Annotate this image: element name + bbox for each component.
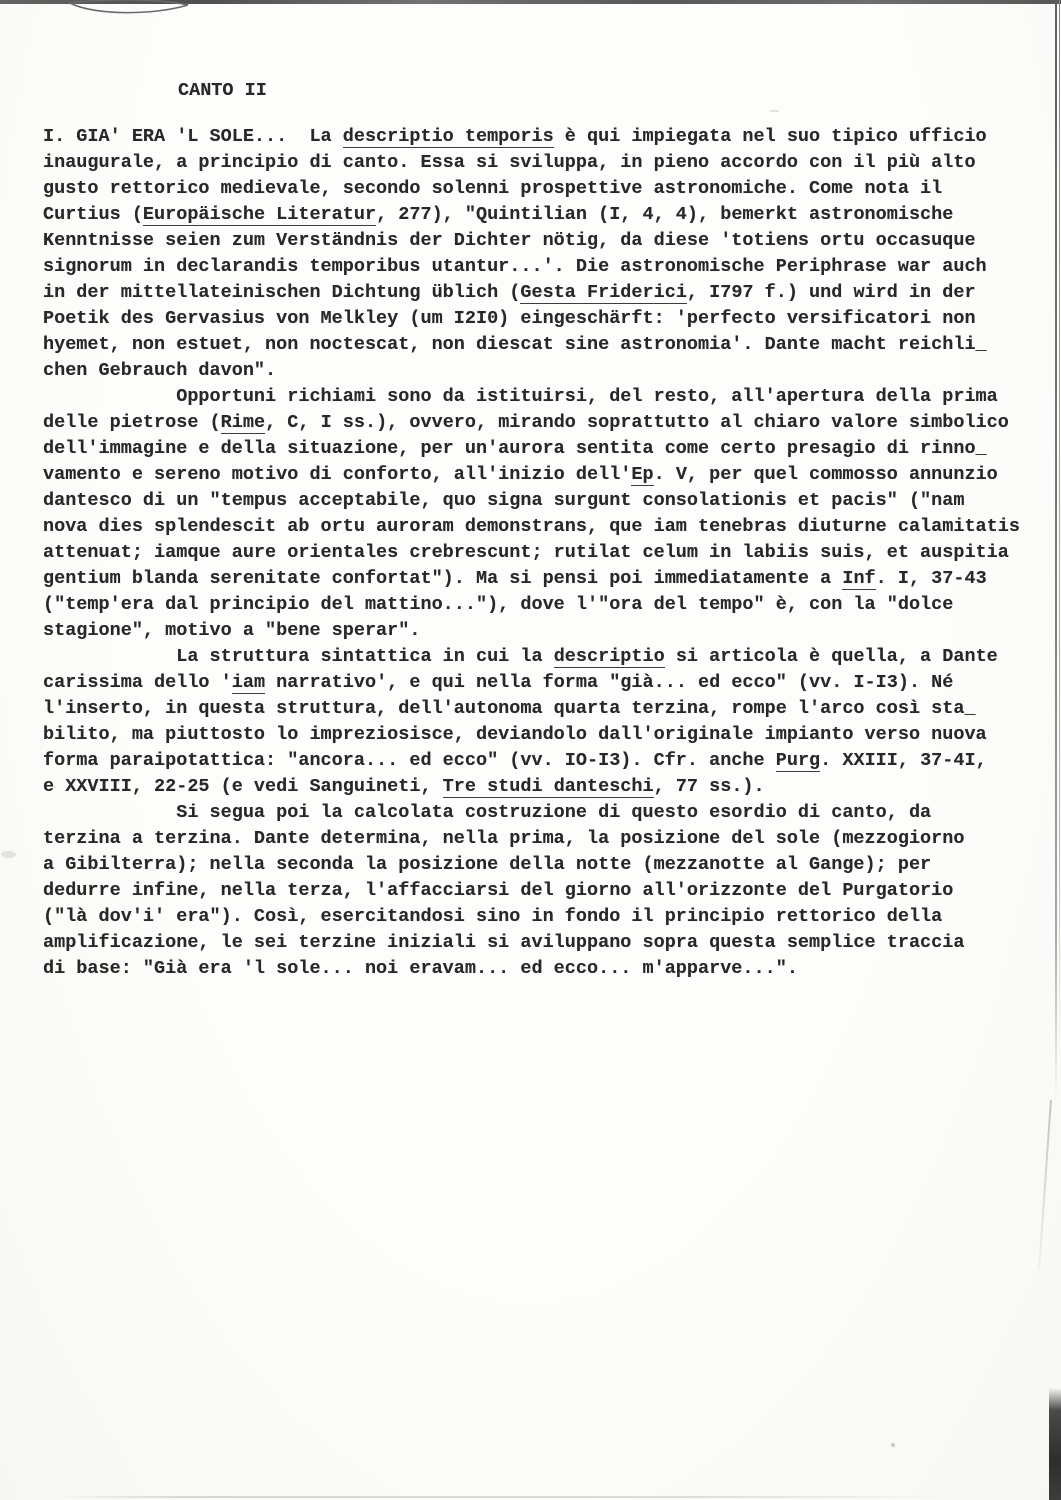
text-segment: dantesco di un "tempus acceptabile, quo …: [43, 490, 964, 511]
text-segment: stagione", motivo a "bene sperar".: [43, 620, 420, 641]
text-line: hyemet, non estuet, non noctescat, non d…: [43, 332, 1043, 358]
text-segment: I. GIA' ERA 'L SOLE... La: [43, 126, 343, 147]
text-segment: . XXIII, 37-4I,: [820, 750, 987, 771]
typewritten-page: CANTO II I. GIA' ERA 'L SOLE... La descr…: [0, 0, 1061, 1500]
text-segment: carissima dello ': [43, 672, 232, 693]
text-line: gentium blanda serenitate confortat"). M…: [43, 566, 1043, 592]
text-segment: Curtius (: [43, 204, 143, 225]
text-segment: Poetik des Gervasius von Melkley (um I2I…: [43, 308, 976, 329]
underlined-phrase: Rime: [221, 412, 265, 434]
body-text: I. GIA' ERA 'L SOLE... La descriptio tem…: [43, 124, 1043, 982]
text-line: gusto rettorico medievale, secondo solen…: [43, 176, 1043, 202]
text-line: terzina a terzina. Dante determina, nell…: [43, 826, 1043, 852]
text-segment: a Gibilterra); nella seconda la posizion…: [43, 854, 931, 875]
text-line: amplificazione, le sei terzine iniziali …: [43, 930, 1043, 956]
text-line: I. GIA' ERA 'L SOLE... La descriptio tem…: [43, 124, 1043, 150]
underlined-phrase: Gesta Friderici: [520, 282, 687, 304]
text-segment: nova dies splendescit ab ortu auroram de…: [43, 516, 1020, 537]
underlined-phrase: Tre studi danteschi: [443, 776, 654, 798]
text-line: inaugurale, a principio di canto. Essa s…: [43, 150, 1043, 176]
text-line: nova dies splendescit ab ortu auroram de…: [43, 514, 1043, 540]
paragraph: Opportuni richiami sono da istituirsi, d…: [43, 384, 1043, 644]
text-segment: La struttura sintattica in cui la: [43, 646, 554, 667]
text-line: Opportuni richiami sono da istituirsi, d…: [43, 384, 1043, 410]
text-line: chen Gebrauch davon".: [43, 358, 1043, 384]
underlined-phrase: descriptio temporis: [343, 126, 554, 148]
underlined-phrase: Ep: [631, 464, 653, 486]
text-line: Kenntnisse seien zum Verständnis der Dic…: [43, 228, 1043, 254]
text-segment: gusto rettorico medievale, secondo solen…: [43, 178, 942, 199]
scan-speck: [770, 110, 779, 112]
text-line: bilito, ma piuttosto lo impreziosisce, d…: [43, 722, 1043, 748]
text-segment: forma paraipotattica: "ancora... ed ecco…: [43, 750, 776, 771]
scan-edge-right: [1055, 0, 1057, 1100]
text-segment: , 277), "Quintilian (I, 4, 4), bemerkt a…: [376, 204, 953, 225]
text-segment: l'inserto, in questa struttura, dell'aut…: [43, 698, 976, 719]
text-segment: , 77 ss.).: [654, 776, 765, 797]
text-line: in der mittellateinischen Dichtung üblic…: [43, 280, 1043, 306]
text-segment: di base: "Già era 'l sole... noi eravam.…: [43, 958, 798, 979]
scan-smudge: [1, 851, 16, 858]
text-line: ("temp'era dal principio del mattino..."…: [43, 592, 1043, 618]
text-line: attenuat; iamque aure orientales crebres…: [43, 540, 1043, 566]
text-line: l'inserto, in questa struttura, dell'aut…: [43, 696, 1043, 722]
text-segment: inaugurale, a principio di canto. Essa s…: [43, 152, 976, 173]
text-segment: ("là dov'i' era"). Così, esercitandosi s…: [43, 906, 942, 927]
text-segment: amplificazione, le sei terzine iniziali …: [43, 932, 964, 953]
underlined-phrase: Inf: [842, 568, 875, 590]
text-line: a Gibilterra); nella seconda la posizion…: [43, 852, 1043, 878]
text-segment: ("temp'era dal principio del mattino..."…: [43, 594, 953, 615]
scan-speck: [891, 1443, 895, 1447]
text-line: carissima dello 'iam narrativo', e qui n…: [43, 670, 1043, 696]
text-line: La struttura sintattica in cui la descri…: [43, 644, 1043, 670]
text-line: delle pietrose (Rime, C, I ss.), ovvero,…: [43, 410, 1043, 436]
paragraph: I. GIA' ERA 'L SOLE... La descriptio tem…: [43, 124, 1043, 384]
text-segment: Opportuni richiami sono da istituirsi, d…: [43, 386, 998, 407]
text-segment: signorum in declarandis temporibus utant…: [43, 256, 987, 277]
paragraph: La struttura sintattica in cui la descri…: [43, 644, 1043, 800]
text-line: dell'immagine e della situazione, per un…: [43, 436, 1043, 462]
scan-edge-bottom: [55, 1496, 955, 1498]
scan-edge-right-curve: [1038, 1100, 1052, 1270]
text-segment: si articola è quella, a Dante: [665, 646, 998, 667]
text-segment: . I, 37-43: [876, 568, 987, 589]
text-line: ("là dov'i' era"). Così, esercitandosi s…: [43, 904, 1043, 930]
underlined-phrase: iam: [232, 672, 265, 694]
scan-edge-right-hairline: [1059, 0, 1060, 1050]
text-segment: terzina a terzina. Dante determina, nell…: [43, 828, 964, 849]
scan-loop-mark: [60, 0, 220, 30]
text-line: vamento e sereno motivo di conforto, all…: [43, 462, 1043, 488]
text-segment: , I797 f.) und wird in der: [687, 282, 976, 303]
underlined-phrase: Europäische Literatur: [143, 204, 376, 226]
text-segment: . V, per quel commosso annunzio: [654, 464, 998, 485]
text-line: signorum in declarandis temporibus utant…: [43, 254, 1043, 280]
text-segment: e XXVIII, 22-25 (e vedi Sanguineti,: [43, 776, 443, 797]
text-segment: Si segua poi la calcolata costruzione di…: [43, 802, 931, 823]
paragraph: Si segua poi la calcolata costruzione di…: [43, 800, 1043, 982]
text-line: e XXVIII, 22-25 (e vedi Sanguineti, Tre …: [43, 774, 1043, 800]
text-segment: è qui impiegata nel suo tipico ufficio: [554, 126, 987, 147]
text-line: Poetik des Gervasius von Melkley (um I2I…: [43, 306, 1043, 332]
text-segment: narrativo', e qui nella forma "già... ed…: [265, 672, 953, 693]
underlined-phrase: descriptio: [554, 646, 665, 668]
text-segment: gentium blanda serenitate confortat"). M…: [43, 568, 842, 589]
text-line: Si segua poi la calcolata costruzione di…: [43, 800, 1043, 826]
text-segment: delle pietrose (: [43, 412, 221, 433]
text-line: stagione", motivo a "bene sperar".: [43, 618, 1043, 644]
text-segment: hyemet, non estuet, non noctescat, non d…: [43, 334, 987, 355]
scan-corner-bottom-right: [1049, 1388, 1061, 1500]
text-segment: dedurre infine, nella terza, l'affacciar…: [43, 880, 953, 901]
text-segment: vamento e sereno motivo di conforto, all…: [43, 464, 631, 485]
text-segment: in der mittellateinischen Dichtung üblic…: [43, 282, 520, 303]
text-segment: chen Gebrauch davon".: [43, 360, 276, 381]
text-segment: bilito, ma piuttosto lo impreziosisce, d…: [43, 724, 987, 745]
text-line: di base: "Già era 'l sole... noi eravam.…: [43, 956, 1043, 982]
text-segment: attenuat; iamque aure orientales crebres…: [43, 542, 1009, 563]
text-line: dedurre infine, nella terza, l'affacciar…: [43, 878, 1043, 904]
text-line: Curtius (Europäische Literatur, 277), "Q…: [43, 202, 1043, 228]
text-line: forma paraipotattica: "ancora... ed ecco…: [43, 748, 1043, 774]
underlined-phrase: Purg: [776, 750, 820, 772]
text-segment: , C, I ss.), ovvero, mirando soprattutto…: [265, 412, 1009, 433]
text-segment: dell'immagine e della situazione, per un…: [43, 438, 987, 459]
page-heading: CANTO II: [178, 78, 267, 104]
text-segment: Kenntnisse seien zum Verständnis der Dic…: [43, 230, 976, 251]
text-line: dantesco di un "tempus acceptabile, quo …: [43, 488, 1043, 514]
